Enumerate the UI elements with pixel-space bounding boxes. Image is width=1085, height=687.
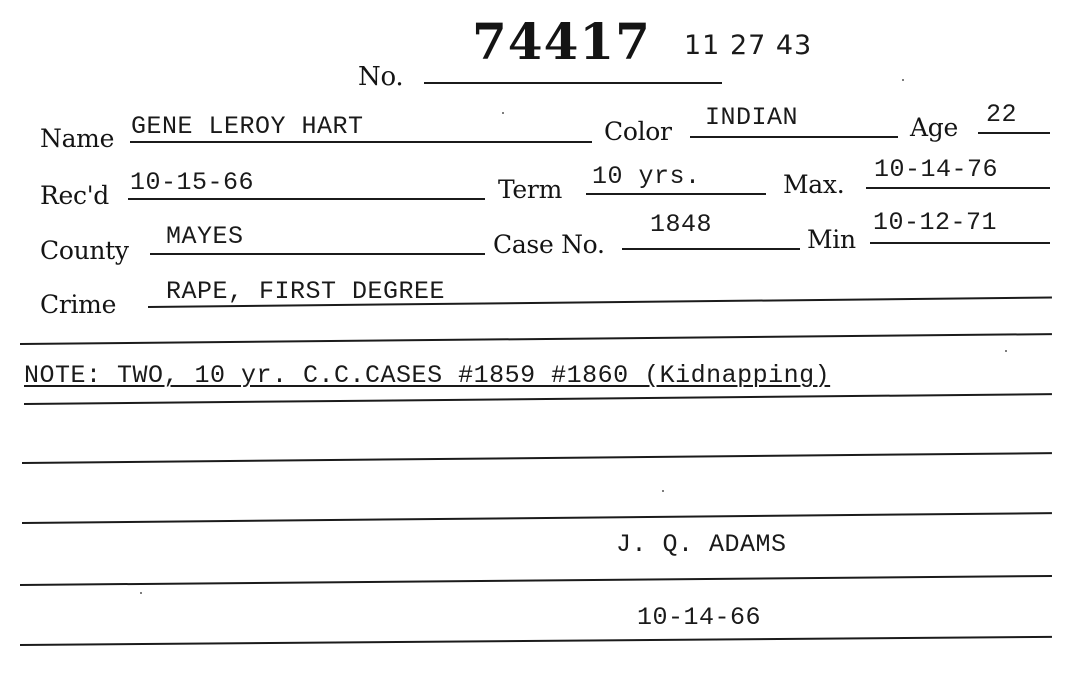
min-label: Min [807,225,856,254]
note-text: NOTE: TWO, 10 yr. C.C.CASES #1859 #1860 … [24,361,830,390]
note-line [24,393,1052,405]
prison-record-card: No. 74417 11 27 43 Name GENE LEROY HART … [0,0,1085,687]
max-label: Max. [783,170,844,199]
min-line [870,242,1050,244]
term-line [586,193,766,195]
signature-line [20,575,1052,586]
date-line [20,636,1052,646]
blank-line-1 [20,333,1052,345]
term-label: Term [498,175,562,204]
recd-label: Rec'd [40,181,109,210]
date-text: 10-14-66 [637,603,761,632]
name-label: Name [40,124,114,153]
scan-speck [1005,350,1007,352]
min-value: 10-12-71 [873,208,997,237]
county-line [150,253,485,255]
scan-speck [140,592,142,594]
age-line [978,132,1050,134]
term-value: 10 yrs. [592,162,701,191]
number-suffix: 11 27 43 [684,30,812,61]
scan-speck [502,112,504,114]
name-line [130,141,592,143]
age-value: 22 [986,100,1017,129]
crime-label: Crime [40,290,116,319]
recd-line [128,198,485,200]
case-line [622,248,800,250]
inmate-number: 74417 [472,12,651,71]
recd-value: 10-15-66 [130,168,254,197]
signature-text: J. Q. ADAMS [616,530,787,559]
max-line [866,187,1050,189]
case-value: 1848 [650,210,712,239]
color-label: Color [604,117,672,146]
blank-line-3 [22,512,1052,524]
color-value: INDIAN [705,103,798,132]
number-label: No. [358,62,403,92]
case-label: Case No. [493,230,605,259]
name-value: GENE LEROY HART [131,112,364,141]
scan-speck [662,490,664,492]
number-line [424,82,722,84]
crime-value: RAPE, FIRST DEGREE [166,277,445,306]
scan-speck [902,79,904,81]
blank-line-2 [22,452,1052,464]
county-value: MAYES [166,222,244,251]
age-label: Age [910,113,958,142]
max-value: 10-14-76 [874,155,998,184]
county-label: County [40,236,129,265]
color-line [690,136,898,138]
